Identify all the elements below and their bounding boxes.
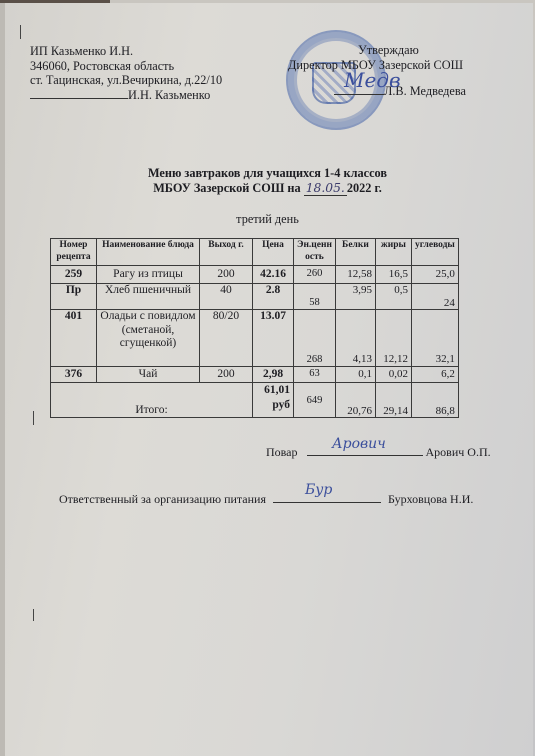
total-price-value: 61,01 [256,383,290,398]
cell-dish: Хлеб пшеничный [97,284,200,310]
cell-kcal: 63 [294,367,336,383]
responsible-label: Ответственный за организацию питания [59,492,266,506]
header-yield: Выход г. [200,239,253,266]
cell-fat: 12,12 [375,310,411,367]
responsible-signature-row: Ответственный за организацию питания Бур… [59,490,473,507]
cell-yield: 80/20 [200,310,253,367]
cell-dish: Чай [97,367,200,383]
table-row: Пр Хлеб пшеничный 40 2.8 58 3,95 0,5 24 [51,284,459,310]
cell-yield: 200 [200,266,253,284]
cell-yield: 200 [200,367,253,383]
total-price: 61,01 руб [253,383,294,418]
cell-price: 13.07 [253,310,294,367]
total-protein: 20,76 [335,383,375,418]
supplier-block: ИП Казьменко И.Н. 346060, Ростовская обл… [30,44,222,102]
header-kcal: Эн.ценн ость [294,239,336,266]
total-price-currency: руб [256,398,290,413]
total-fat: 29,14 [375,383,411,418]
table-row: 259 Рагу из птицы 200 42.16 260 12,58 16… [51,266,459,284]
responsible-signature: Бур [305,482,332,498]
total-label: Итого: [51,383,253,418]
cell-dish: Оладьи с повидлом (сметаной, сгущенкой) [97,310,200,367]
table-row: 401 Оладьи с повидлом (сметаной, сгущенк… [51,310,459,367]
punch-mark [20,25,21,39]
table-total-row: Итого: 61,01 руб 649 20,76 29,14 86,8 [51,383,459,418]
cell-price: 42.16 [253,266,294,284]
cell-protein: 3,95 [335,284,375,310]
cell-recipe: Пр [51,284,97,310]
cook-signature: Арович [332,436,386,452]
punch-mark [33,609,34,621]
title-year: 2022 г. [347,181,382,195]
cell-protein: 0,1 [335,367,375,383]
menu-day: третий день [0,212,535,227]
menu-title-line2: МБОУ Зазерской СОШ на 18.05.2022 г. [0,181,535,196]
cell-kcal: 260 [294,266,336,284]
cell-carbs: 32,1 [411,310,458,367]
cell-fat: 0,02 [375,367,411,383]
cell-recipe: 259 [51,266,97,284]
cell-carbs: 6,2 [411,367,458,383]
director-signature: Медв [344,68,401,92]
cell-price: 2,98 [253,367,294,383]
cell-recipe: 401 [51,310,97,367]
cell-fat: 16,5 [375,266,411,284]
header-carbs: углеводы [411,239,458,266]
cell-carbs: 25,0 [411,266,458,284]
punch-mark [33,411,34,425]
signature-underline [30,88,128,99]
cell-kcal: 268 [294,310,336,367]
approval-label: Утверждаю [352,43,466,58]
cell-protein: 12,58 [335,266,375,284]
menu-title-line1: Меню завтраков для учащихся 1-4 классов [0,166,535,181]
header-price: Цена [253,239,294,266]
cell-dish: Рагу из птицы [97,266,200,284]
supplier-signature-line: И.Н. Казьменко [30,88,222,103]
total-carbs: 86,8 [411,383,458,418]
table-header-row: Номер рецепта Наименование блюда Выход г… [51,239,459,266]
cell-protein: 4,13 [335,310,375,367]
menu-table: Номер рецепта Наименование блюда Выход г… [50,238,459,418]
total-kcal: 649 [294,383,336,418]
header-dish: Наименование блюда [97,239,200,266]
background-shadow [0,0,110,3]
cell-yield: 40 [200,284,253,310]
table-row: 376 Чай 200 2,98 63 0,1 0,02 6,2 [51,367,459,383]
cook-name: Арович О.П. [426,445,491,459]
title-school: МБОУ Зазерской СОШ на [153,181,300,195]
supplier-address: ст. Тацинская, ул.Вечиркина, д.22/10 [30,73,222,88]
supplier-name: ИП Казьменко И.Н. [30,44,222,59]
header-protein: Белки [335,239,375,266]
supplier-postal: 346060, Ростовская область [30,59,222,74]
header-fat: жиры [375,239,411,266]
cell-kcal: 58 [294,284,336,310]
cell-recipe: 376 [51,367,97,383]
cell-fat: 0,5 [375,284,411,310]
responsible-name: Бурховцова Н.И. [388,492,473,506]
header-recipe: Номер рецепта [51,239,97,266]
cook-label: Повар [266,445,298,459]
supplier-signatory: И.Н. Казьменко [128,88,210,102]
handwritten-date: 18.05. [304,181,347,196]
cell-carbs: 24 [411,284,458,310]
cell-price: 2.8 [253,284,294,310]
